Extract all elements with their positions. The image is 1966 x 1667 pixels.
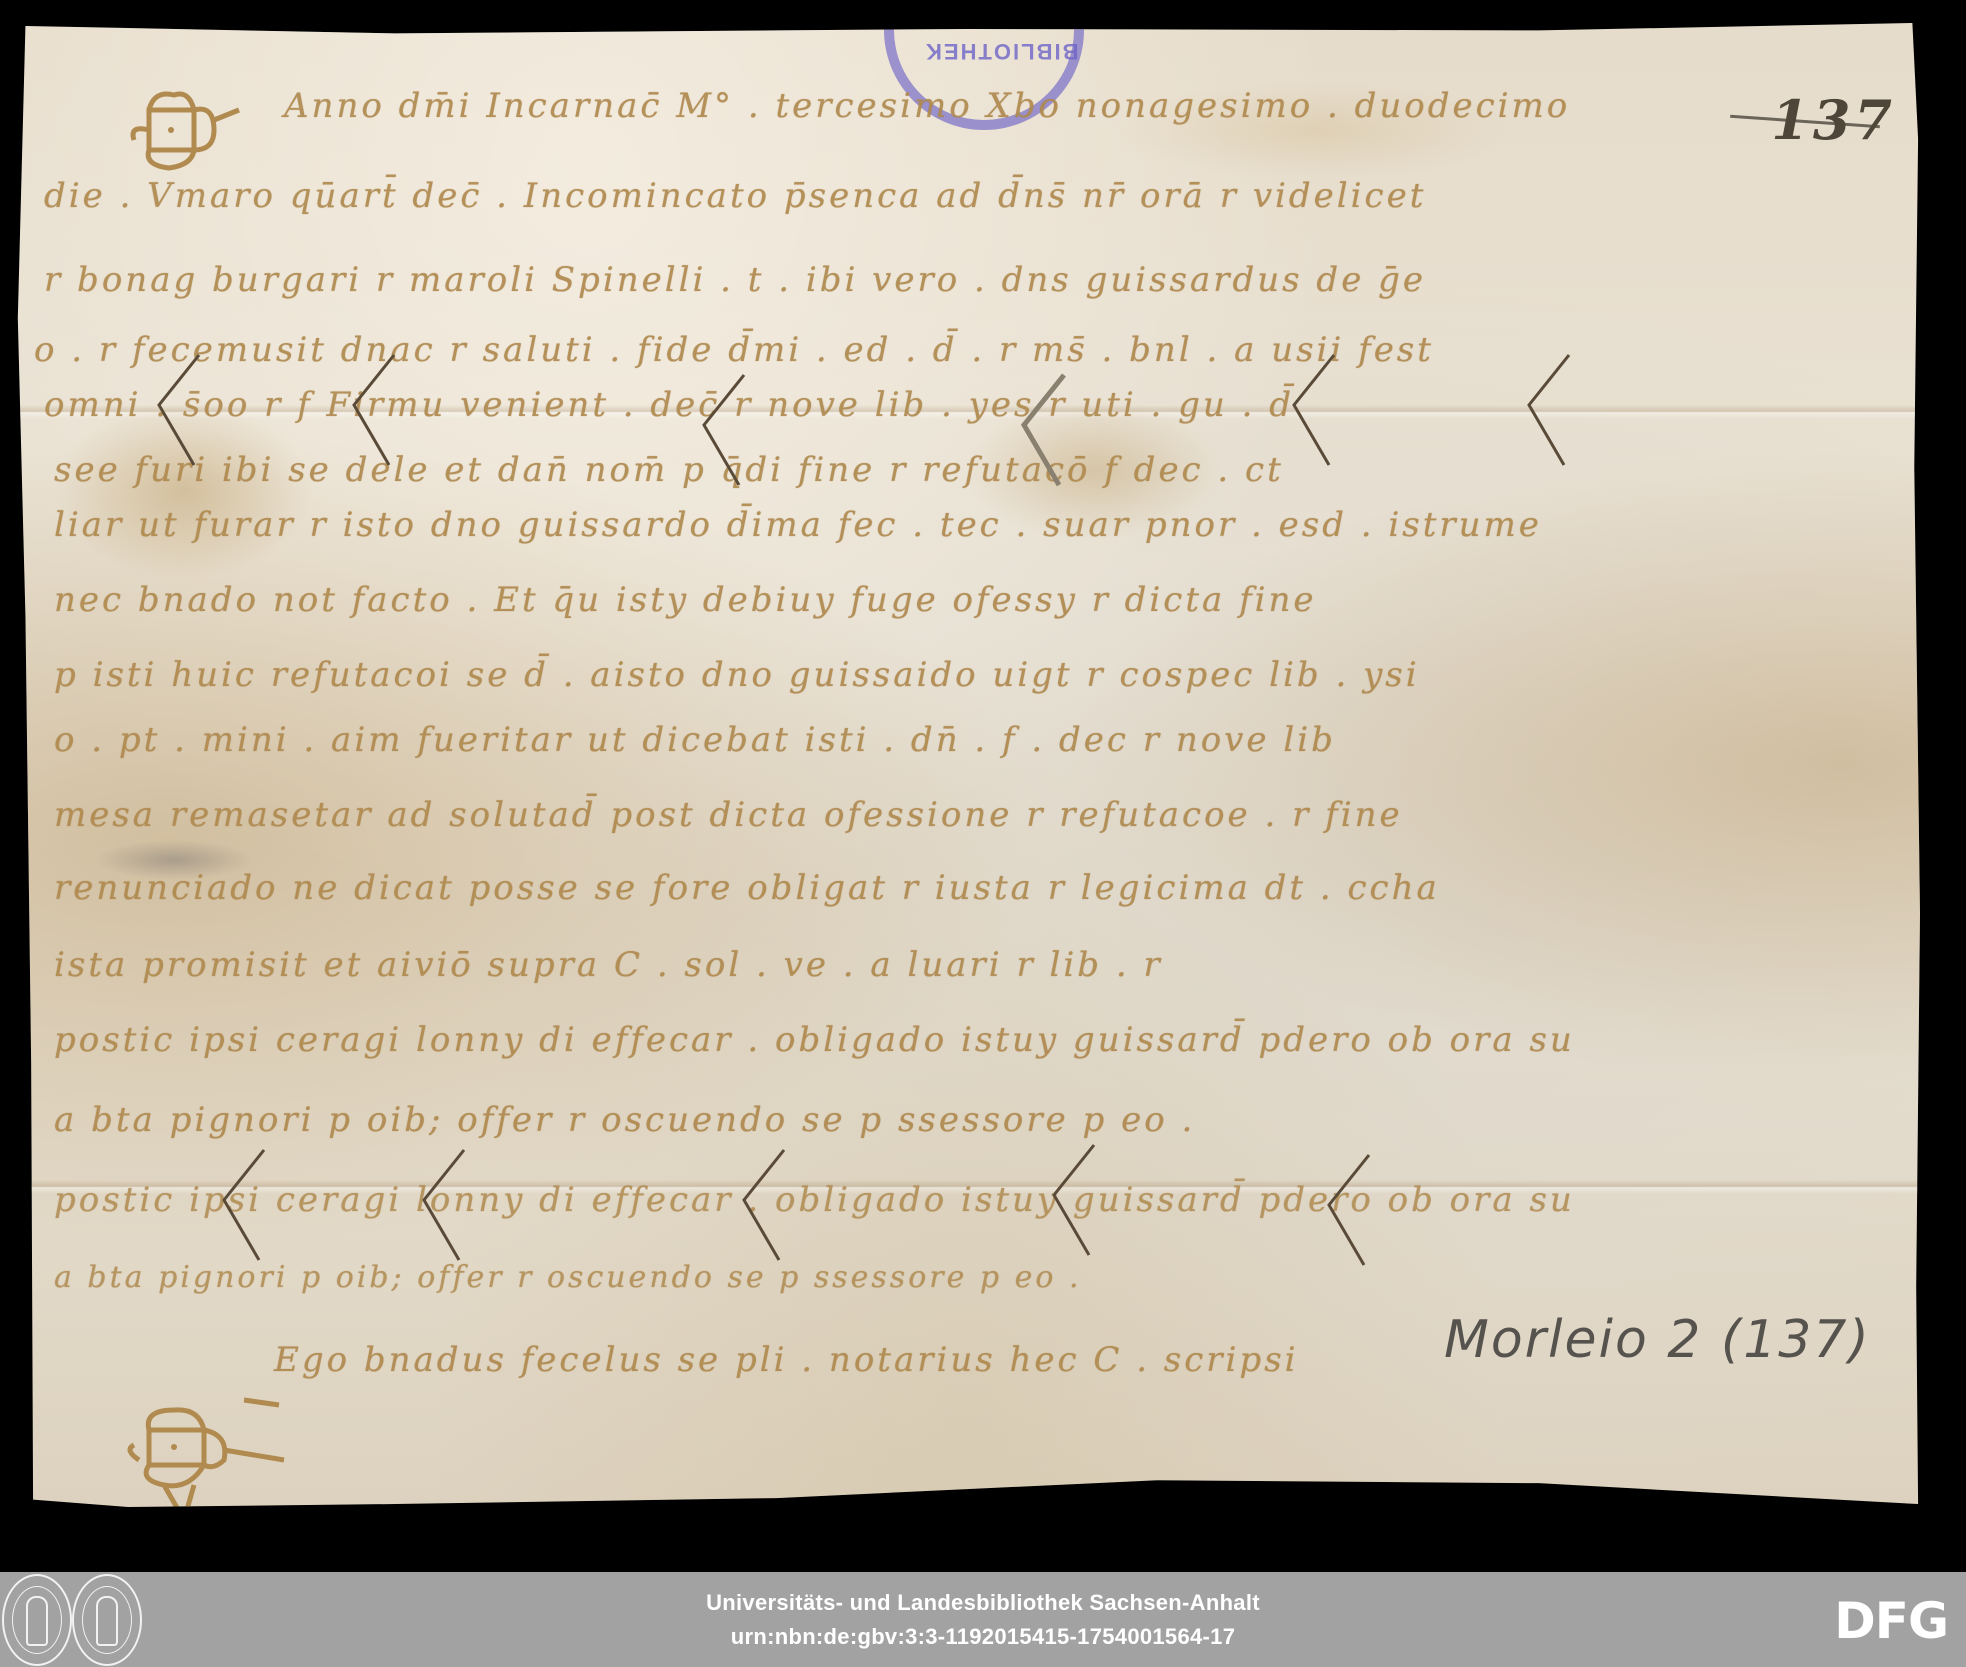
charter-text-line: nec bnado not facto . Et q̄u isty debiuy…	[54, 580, 1317, 626]
folio-number: 137	[1771, 88, 1896, 152]
pencil-shelfmark-annotation: Morleio 2 (137)	[1444, 1310, 1871, 1370]
stitch-mark-icon	[1014, 370, 1074, 490]
stitch-mark-icon	[1044, 1140, 1104, 1260]
stitch-mark-icon	[344, 350, 404, 470]
stitch-mark-icon	[1519, 350, 1579, 470]
stitch-mark-icon	[149, 350, 209, 470]
dfg-logo: DFG	[1834, 1592, 1948, 1650]
charter-text-line: omni . s̄oo r f Firmu venient . dec̄ r n…	[44, 385, 1294, 431]
stitch-mark-icon	[414, 1145, 474, 1265]
charter-text-line: postic ipsi ceragi lonny di effecar . ob…	[54, 1020, 1575, 1066]
document-viewer: BIBLIOTHEK 137 Anno dm̄i Incarnac̄ M° . …	[0, 0, 1966, 1572]
charter-text-line: ista promisit et aiviō supra C . sol . …	[54, 945, 1163, 991]
institution-name: Universitäts- und Landesbibliothek Sachs…	[0, 1586, 1966, 1620]
notarial-sign-icon	[114, 80, 254, 180]
stitch-mark-icon	[734, 1145, 794, 1265]
charter-text-line: a bta pignori p oib; offer r oscuendo se…	[54, 1100, 1195, 1146]
charter-text-line: die . Vmaro qūart̄ dec̄ . Incomincato p…	[44, 176, 1426, 222]
notarial-sign-icon	[104, 1390, 304, 1530]
charter-text-line: p isti huic refutacoi se d̄ . aisto dno …	[54, 655, 1420, 701]
charter-text-line: mesa remasetar ad solutad̄ post dicta of…	[54, 795, 1403, 841]
stitch-mark-icon	[1319, 1150, 1379, 1270]
charter-text-line: see furi ibi se dele et dan̄ nom̄ p q̄di…	[54, 450, 1284, 496]
charter-text-line: renunciado ne dicat posse se fore obliga…	[54, 868, 1440, 914]
stamp-text: BIBLIOTHEK	[924, 38, 1078, 64]
parchment-charter: BIBLIOTHEK 137 Anno dm̄i Incarnac̄ M° . …	[14, 20, 1920, 1510]
charter-text-line: o . pt . mini . aim fueritar ut dicebat …	[54, 720, 1336, 766]
stitch-mark-icon	[1284, 350, 1344, 470]
charter-text-line: a bta pignori p oib; offer r oscuendo se…	[54, 1260, 1082, 1306]
charter-text-line: liar ut furar r isto dno guissardo d̄ima…	[54, 505, 1542, 551]
charter-text-line: Ego bnadus fecelus se pli . notarius hec…	[274, 1340, 1299, 1386]
charter-text-line: r bonag burgari r maroli Spinelli . t . …	[44, 260, 1426, 306]
footer-text: Universitäts- und Landesbibliothek Sachs…	[0, 1586, 1966, 1654]
stitch-mark-icon	[694, 370, 754, 490]
stitch-mark-icon	[214, 1145, 274, 1265]
urn-identifier: urn:nbn:de:gbv:3:3-1192015415-1754001564…	[0, 1620, 1966, 1654]
footer-bar: Universitäts- und Landesbibliothek Sachs…	[0, 1572, 1966, 1667]
charter-text-line: Anno dm̄i Incarnac̄ M° . tercesimo Xbo n…	[284, 86, 1570, 132]
